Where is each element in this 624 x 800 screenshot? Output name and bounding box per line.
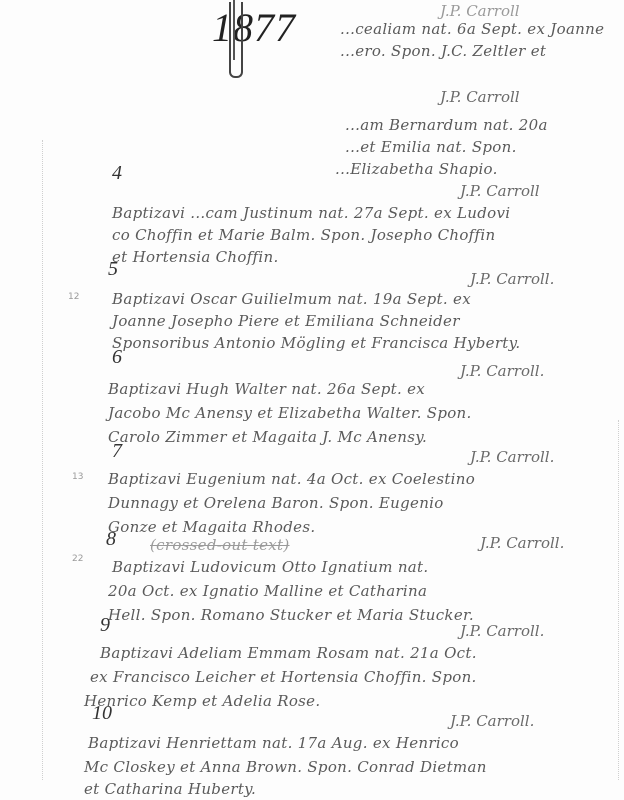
entry-line: et Catharina Huberty. bbox=[84, 780, 256, 798]
entry-line: Carolo Zimmer et Magaita J. Mc Anensy. bbox=[108, 428, 427, 446]
signature: J.P. Carroll bbox=[460, 182, 540, 200]
signature: J.P. Carroll. bbox=[480, 534, 564, 552]
entry-line: ...am Bernardum nat. 20a bbox=[345, 116, 548, 134]
document-page: 1877 J.P. Carroll ...cealiam nat. 6a Sep… bbox=[0, 0, 624, 800]
signature: J.P. Carroll bbox=[440, 2, 520, 20]
entry-line: Joanne Josepho Piere et Emiliana Schneid… bbox=[112, 312, 460, 330]
entry-line: Mc Closkey et Anna Brown. Spon. Conrad D… bbox=[84, 758, 487, 776]
paper-clip-icon bbox=[229, 2, 243, 78]
entry-line: Baptizavi Eugenium nat. 4a Oct. ex Coele… bbox=[108, 470, 475, 488]
margin-date: 12 bbox=[68, 292, 79, 302]
entry-line: Dunnagy et Orelena Baron. Spon. Eugenio bbox=[108, 494, 444, 512]
entry-number: 9 bbox=[100, 614, 110, 637]
entry-number: 4 bbox=[112, 162, 122, 185]
entry-line: Baptizavi Adeliam Emmam Rosam nat. 21a O… bbox=[100, 644, 477, 662]
signature: J.P. Carroll. bbox=[470, 448, 554, 466]
entry-line: ex Francisco Leicher et Hortensia Choffi… bbox=[90, 668, 477, 686]
entry-line: Sponsoribus Antonio Mögling et Francisca… bbox=[112, 334, 520, 352]
signature: J.P. Carroll bbox=[440, 88, 520, 106]
entry-line: Baptizavi Hugh Walter nat. 26a Sept. ex bbox=[108, 380, 425, 398]
entry-line: et Hortensia Choffin. bbox=[112, 248, 279, 266]
signature: J.P. Carroll. bbox=[450, 712, 534, 730]
margin-rule-right bbox=[618, 420, 619, 780]
entry-line: Baptizavi ...cam Justinum nat. 27a Sept.… bbox=[112, 204, 510, 222]
signature: J.P. Carroll. bbox=[470, 270, 554, 288]
margin-date: 22 bbox=[72, 554, 83, 564]
entry-line: Hell. Spon. Romano Stucker et Maria Stuc… bbox=[108, 606, 474, 624]
entry-number: 10 bbox=[92, 702, 112, 725]
entry-number: 5 bbox=[108, 258, 118, 281]
entry-line: ...Elizabetha Shapio. bbox=[335, 160, 498, 178]
entry-line: Baptizavi Ludovicum Otto Ignatium nat. bbox=[112, 558, 428, 576]
margin-rule-left bbox=[42, 140, 43, 780]
entry-line: Henrico Kemp et Adelia Rose. bbox=[84, 692, 320, 710]
entry-line: Baptizavi Oscar Guilielmum nat. 19a Sept… bbox=[112, 290, 471, 308]
entry-line: Baptizavi Henriettam nat. 17a Aug. ex He… bbox=[88, 734, 459, 752]
entry-line: ...et Emilia nat. Spon. bbox=[345, 138, 517, 156]
entry-number: 6 bbox=[112, 346, 122, 369]
entry-line: 20a Oct. ex Ignatio Malline et Catharina bbox=[108, 582, 427, 600]
margin-date: 13 bbox=[72, 472, 83, 482]
page-year: 1877 bbox=[212, 4, 296, 51]
entry-line: ...ero. Spon. J.C. Zeltler et bbox=[340, 42, 546, 60]
entry-line: Jacobo Mc Anensy et Elizabetha Walter. S… bbox=[108, 404, 472, 422]
signature: J.P. Carroll. bbox=[460, 622, 544, 640]
entry-line: ...cealiam nat. 6a Sept. ex Joanne bbox=[340, 20, 604, 38]
struck-line: (crossed-out text) bbox=[150, 536, 290, 554]
paper-clip-wire bbox=[233, 0, 235, 60]
signature: J.P. Carroll. bbox=[460, 362, 544, 380]
entry-number: 7 bbox=[112, 440, 122, 463]
entry-line: Gonze et Magaita Rhodes. bbox=[108, 518, 315, 536]
entry-line: co Choffin et Marie Balm. Spon. Josepho … bbox=[112, 226, 495, 244]
entry-number: 8 bbox=[106, 528, 116, 551]
